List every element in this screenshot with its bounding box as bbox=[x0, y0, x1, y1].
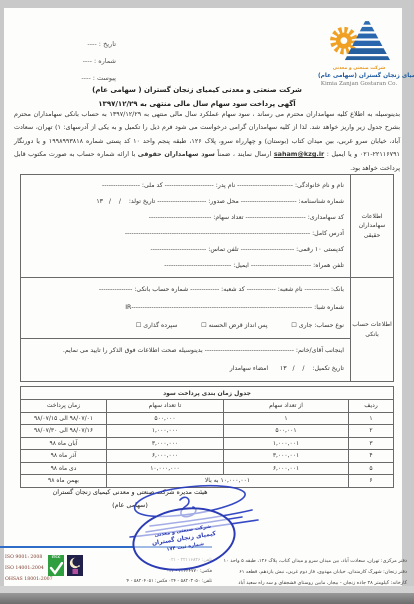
cell-from: ۶,۰۰۰,۰۰۱ bbox=[224, 462, 349, 475]
form-line: کدپستی ۱۰ رقمی: ------------------------… bbox=[27, 242, 344, 258]
cell-row-number: ۶ bbox=[349, 475, 394, 488]
gear-pyramid-icon bbox=[327, 47, 391, 66]
form-section-label-individual: اطلاعات سهامداران حقیقی bbox=[351, 175, 394, 278]
account-type-checkboxes: نوع حساب: جاری ☐ پس انداز قرض الحسنه ☐ س… bbox=[27, 317, 344, 335]
announcement-paragraph: بدینوسیله به اطلاع کلیه سهامداران محترم … bbox=[14, 108, 400, 175]
cell-to: ۱۰,۰۰۰,۰۰۰ bbox=[107, 462, 224, 475]
cell-from: ۵۰۰,۰۰۱ bbox=[224, 425, 349, 438]
schedule-header-time: زمان پرداخت bbox=[21, 400, 107, 413]
itcc-certification-logo: ITCC bbox=[48, 555, 64, 576]
cell-row-number: ۲ bbox=[349, 425, 394, 438]
schedule-header-row: ردیف از تعداد سهام تا تعداد سهام زمان پر… bbox=[21, 400, 394, 413]
cell-row-number: ۱ bbox=[349, 412, 394, 425]
iso-certifications: ISO 9001: 2008 ISO 14001:2004 OHSAS 1800… bbox=[5, 553, 49, 585]
cell-row-number: ۵ bbox=[349, 462, 394, 475]
company-logo: شرکت صنعتی و معدنی کیمیای زنجان گستران (… bbox=[318, 14, 400, 88]
confirmation-fields: اینجانب آقای/خانم: ---------------------… bbox=[21, 339, 351, 382]
bank-info-fields: بانک: ----------- نام شعبه: ------------… bbox=[21, 278, 351, 339]
table-row: ۲ ۵۰۰,۰۰۱ ۱,۰۰۰,۰۰۰ ۹۸/۰۷/۱۶ الی ۹۸/۰۷/۳… bbox=[21, 425, 394, 438]
cell-to: ۳,۰۰۰,۰۰۰ bbox=[107, 437, 224, 450]
doc-title-line1: شرکت صنعتی و معدنی کیمیای زنجان گستران (… bbox=[32, 84, 362, 98]
footer-dark-bar bbox=[0, 593, 414, 604]
footer-addresses: دفتر مرکزی: تهران، سعادت آباد، بین میدان… bbox=[208, 556, 407, 589]
scan-background: تاریخ : ---- شماره : ---- پیوست : ---- bbox=[0, 0, 414, 604]
cell-from: ۱,۰۰۰,۰۰۱ bbox=[224, 437, 349, 450]
form-line: تاریخ تکمیل: / / ۱۳ امضاء سهامدار bbox=[27, 360, 344, 378]
individual-info-row: اطلاعات سهامداران حقیقی نام و نام خانواد… bbox=[21, 175, 394, 278]
table-row: ۱ ۱ ۵۰۰,۰۰۰ ۹۸/۰۷/۰۱ الی ۹۸/۰۷/۱۵ bbox=[21, 412, 394, 425]
cell-to: ۶,۰۰۰,۰۰۰ bbox=[107, 450, 224, 463]
date-line: تاریخ : ---- bbox=[60, 36, 116, 53]
form-line: آدرس کامل: -----------------------------… bbox=[27, 226, 344, 242]
cell-from: ۳,۰۰۰,۰۰۱ bbox=[224, 450, 349, 463]
table-row: ۴ ۳,۰۰۰,۰۰۱ ۶,۰۰۰,۰۰۰ آذر ماه ۹۸ bbox=[21, 450, 394, 463]
table-row: ۵ ۶,۰۰۰,۰۰۱ ۱۰,۰۰۰,۰۰۰ دی ماه ۹۸ bbox=[21, 462, 394, 475]
cert-line: ISO 9001: 2008 bbox=[5, 553, 49, 564]
crescent-icon bbox=[67, 561, 83, 576]
checkmark-icon bbox=[49, 560, 63, 576]
footer-light-strip bbox=[0, 586, 414, 593]
company-name-fa: کیمیای زنجان گستران (سهامی عام) bbox=[318, 72, 400, 80]
cell-to: ۱,۰۰۰,۰۰۰ bbox=[107, 425, 224, 438]
cell-time: آذر ماه ۹۸ bbox=[21, 450, 107, 463]
letterhead-meta: تاریخ : ---- شماره : ---- پیوست : ---- bbox=[60, 36, 116, 87]
cell-from: ۱ bbox=[224, 412, 349, 425]
schedule-header-from: از تعداد سهام bbox=[224, 400, 349, 413]
bank-info-row: اطلاعات حساب بانکی بانک: ----------- نام… bbox=[21, 278, 394, 339]
number-line: شماره : ---- bbox=[60, 53, 116, 70]
cert-line: OHSAS 18001:2007 bbox=[5, 575, 49, 586]
table-row: ۳ ۱,۰۰۰,۰۰۱ ۳,۰۰۰,۰۰۰ آبان ماه ۹۸ bbox=[21, 437, 394, 450]
cell-time: آبان ماه ۹۸ bbox=[21, 437, 107, 450]
form-line: کد سهامداری: ---------------------------… bbox=[27, 210, 344, 226]
paragraph-bold-segment: سود سهامداران حقوقی bbox=[138, 150, 215, 158]
confirmation-row: اینجانب آقای/خانم: ---------------------… bbox=[21, 339, 394, 382]
cert-line: ISO 14001:2004 bbox=[5, 564, 49, 575]
address-line: دفتر زنجان: شهرک کارمندان، خیابان مهدوی،… bbox=[208, 567, 407, 578]
paragraph-part2: ارسال نمایند ، ضمناً bbox=[217, 150, 271, 158]
schedule-header-row-number: ردیف bbox=[349, 400, 394, 413]
shareholder-form-table: اطلاعات سهامداران حقیقی نام و نام خانواد… bbox=[20, 174, 394, 382]
cell-time: ۹۸/۰۷/۰۱ الی ۹۸/۰۷/۱۵ bbox=[21, 412, 107, 425]
individual-info-fields: نام و نام خانوادگی: --------------------… bbox=[21, 175, 351, 278]
form-line: نام و نام خانوادگی: --------------------… bbox=[27, 178, 344, 194]
schedule-title: جدول زمان بندی پرداخت سود bbox=[21, 387, 394, 400]
schedule-header-to: تا تعداد سهام bbox=[107, 400, 224, 413]
form-line: اینجانب آقای/خانم: ---------------------… bbox=[27, 342, 344, 360]
email-address: saham@kzg.ir bbox=[274, 150, 324, 158]
document-title: شرکت صنعتی و معدنی کیمیای زنجان گستران (… bbox=[32, 84, 362, 111]
cell-to: ۵۰۰,۰۰۰ bbox=[107, 412, 224, 425]
cell-row-number: ۴ bbox=[349, 450, 394, 463]
membership-logo bbox=[67, 555, 83, 576]
cell-time: دی ماه ۹۸ bbox=[21, 462, 107, 475]
document-page: تاریخ : ---- شماره : ---- پیوست : ---- bbox=[4, 8, 402, 586]
form-line: تلفن همراه: --------------------------- … bbox=[27, 258, 344, 274]
form-line: شماره شناسنامه: ------------------------… bbox=[27, 194, 344, 210]
cell-time: ۹۸/۰۷/۱۶ الی ۹۸/۰۷/۳۰ bbox=[21, 425, 107, 438]
form-line: شماره شبا: -----------------------------… bbox=[27, 299, 344, 317]
payment-schedule-table: جدول زمان بندی پرداخت سود ردیف از تعداد … bbox=[20, 386, 394, 488]
form-section-label-bank: اطلاعات حساب بانکی bbox=[351, 278, 394, 382]
form-line: بانک: ----------- نام شعبه: ------------… bbox=[27, 281, 344, 299]
cell-row-number: ۳ bbox=[349, 437, 394, 450]
